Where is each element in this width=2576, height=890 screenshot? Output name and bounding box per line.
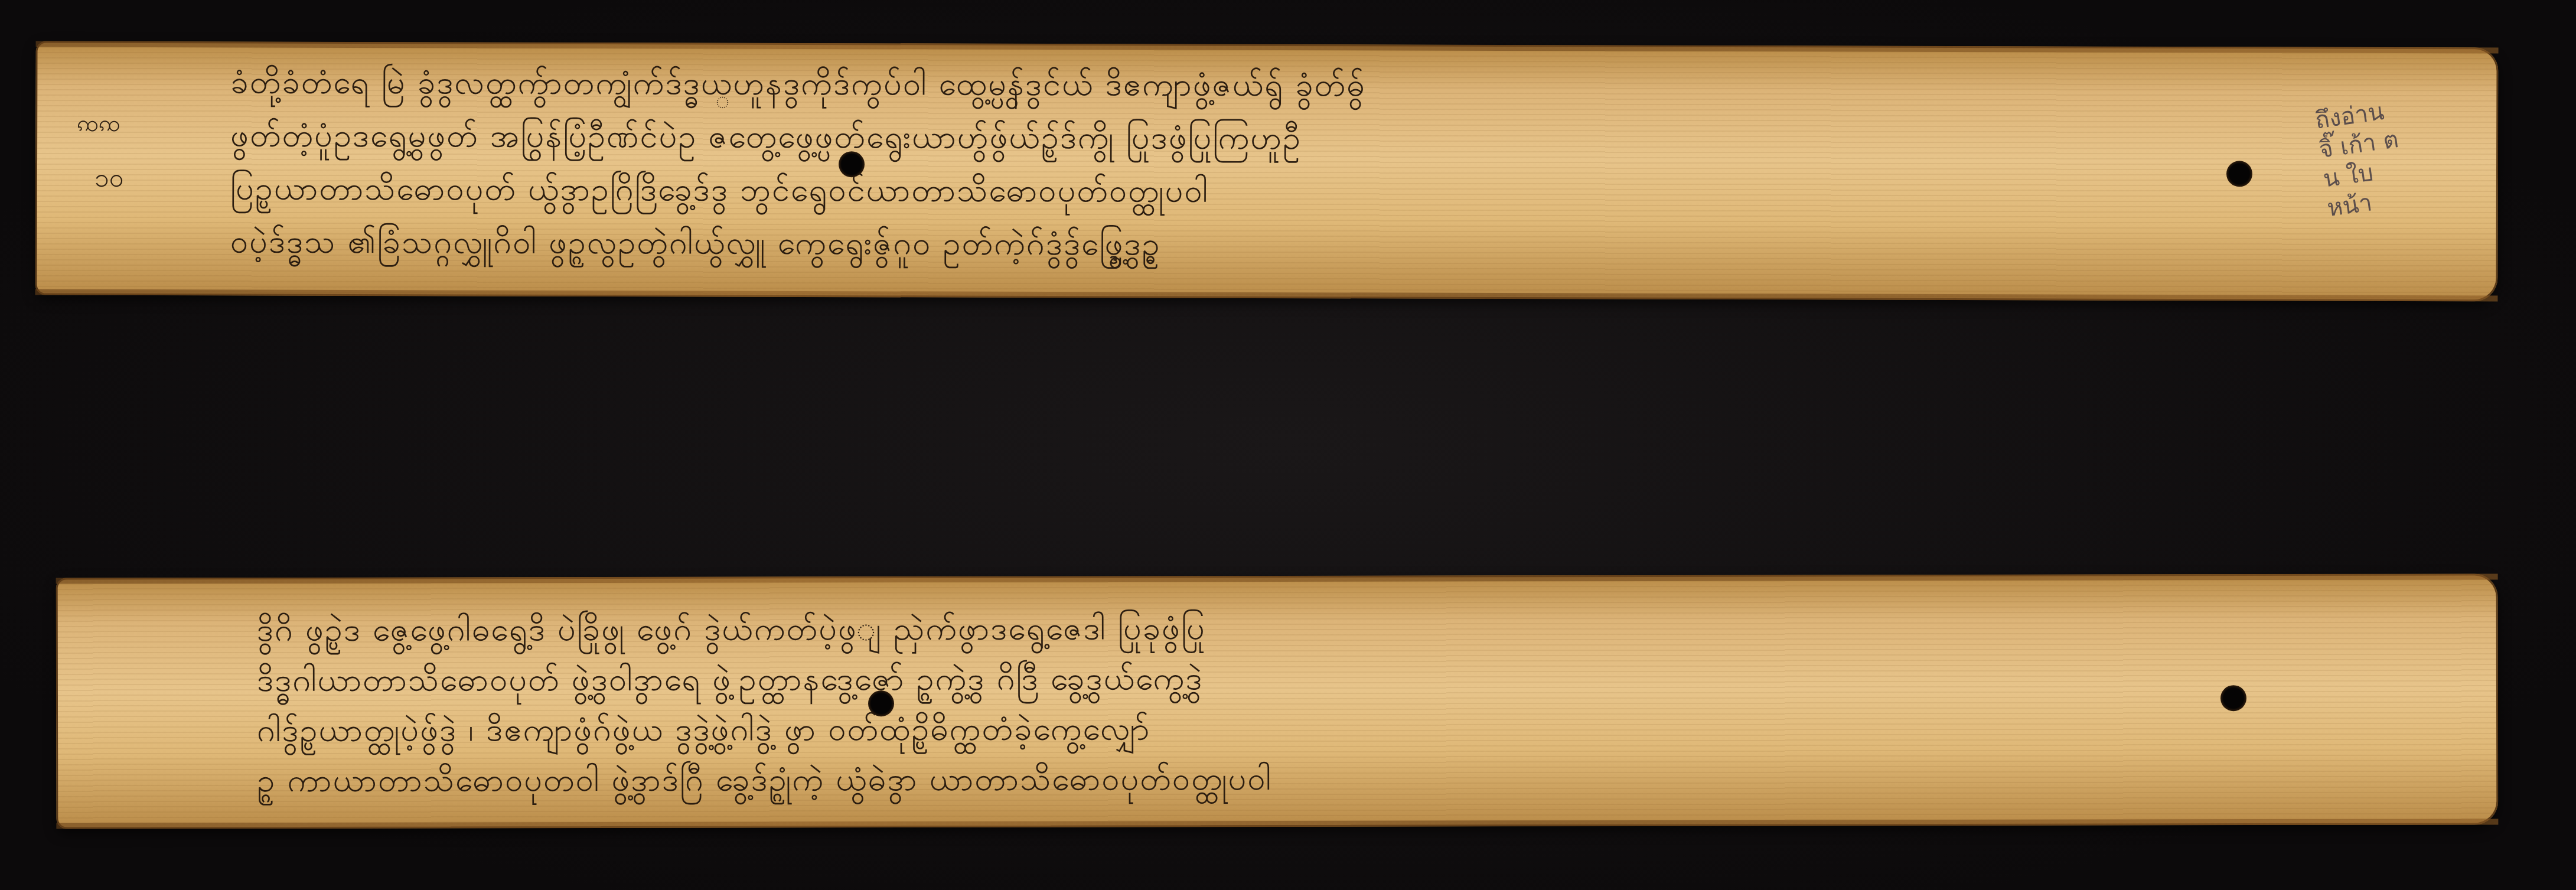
- thai-pencil-annotation: ถึงอ่าน จิ๊ เก้า ต น ใบ หน้า: [2313, 96, 2408, 224]
- binding-hole-left: [868, 690, 894, 716]
- script-line-3: ဂါဒွ်ဥ္ပယာတ္ထုပဲ့ဖွ်ဒွဲ ၊ ဒိဧကျာဖွံဂ်ဖွဲ…: [257, 707, 2359, 757]
- binding-hole-right: [2220, 685, 2246, 711]
- script-line-1: ခံတို့ခံတံရေ မြဲ ခွံဒွလတ္ထကွ်ာတကျွံက်ဒ်ဒ…: [230, 62, 2220, 114]
- script-line-2: ဖွတ်တံ့ပူံဥဒရွေ့မွဖွတ် အပြွန်ပြံ့ဦဏ်င်ပဲ…: [230, 115, 2220, 167]
- script-line-4: ဥ္ဂ ကာယာတာသိဓောဝပုတဝါ ဖွဲ့ဒွာဒ်ဂြီ ခွေ့ဒ…: [257, 757, 2359, 807]
- margin-label: ꩡꩡ: [77, 112, 120, 135]
- palm-leaf-folio-2: ဒွိဂိ ဖွဥ္ပဲဒ ဇွေ့ဖွေ့ဂါဓရွေ့ဒိ ပဲခြိုဖွ…: [56, 573, 2499, 829]
- script-line-4: ဝပဲ့ဒ်ဒ္ဓသ ၏ခြံသဂ္ဂလွှူဂိဝါ ဖွဥ္ဂလွဥတွဲဂ…: [230, 221, 2220, 273]
- binding-hole-right: [2226, 161, 2252, 187]
- script-line-3: ပြဥ္ပယာတာသိဓောဝပုတ် ယွ်ဒွာဥဂြိဒြိခွေ့ဒ်ဒ…: [230, 168, 2220, 220]
- script-line-2: ဒိဒ္ဓဂါယာတာသိဓောဝပုတ် ဖွဲ့ဒွဝါဒွာရေ ဖွဲ့…: [257, 657, 2359, 707]
- binding-hole-left: [839, 151, 865, 177]
- script-line-1: ဒွိဂိ ဖွဥ္ပဲဒ ဇွေ့ဖွေ့ဂါဓရွေ့ဒိ ပဲခြိုဖွ…: [257, 607, 2359, 657]
- folio-number: ၁၀: [94, 165, 124, 191]
- palm-leaf-folio-1: ꩡꩡ ၁၀ ခံတို့ခံတံရေ မြဲ ခွံဒွလတ္ထကွ်ာတကျွ…: [35, 41, 2498, 302]
